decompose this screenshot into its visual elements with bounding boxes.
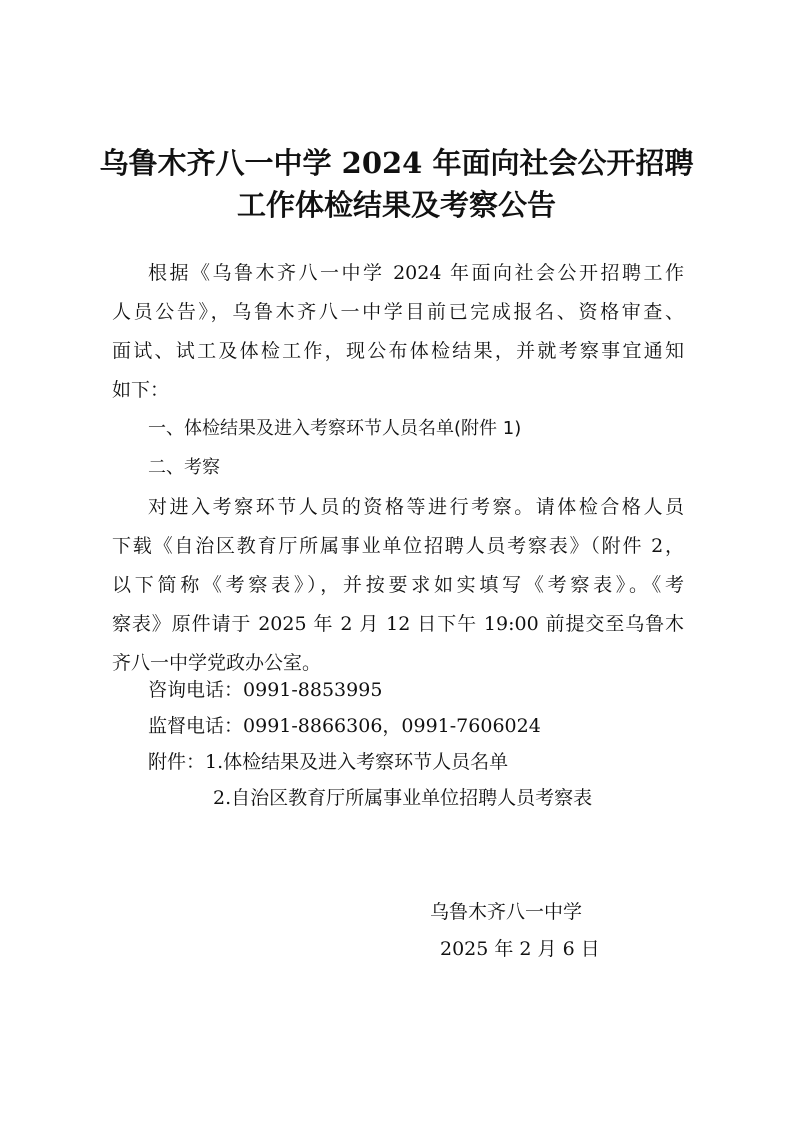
section-heading-2: 二、考察	[148, 453, 220, 483]
attachments-row: 附件：1.体检结果及进入考察环节人员名单	[148, 747, 508, 777]
signature-org: 乌鲁木齐八一中学	[430, 897, 582, 927]
consult-phone-label: 咨询电话：	[148, 679, 243, 701]
review-line-1: 对进入考察环节人员的资格等进行考察。请体检合格人员	[148, 492, 684, 522]
attachment-item-1: 1.体检结果及进入考察环节人员名单	[205, 751, 508, 773]
document-title-line1: 乌鲁木齐八一中学 2024 年面向社会公开招聘	[0, 143, 793, 183]
review-line-3: 以下简称《考察表》），并按要求如实填写《考察表》。《考	[112, 570, 684, 600]
document-title-line2: 工作体检结果及考察公告	[0, 185, 793, 225]
supervise-phone-value: 0991-8866306，0991-7606024	[243, 715, 541, 737]
intro-line-1: 根据《乌鲁木齐八一中学 2024 年面向社会公开招聘工作	[148, 258, 684, 288]
supervise-phone-row: 监督电话：0991-8866306，0991-7606024	[148, 711, 541, 741]
review-line-2: 下载《自治区教育厅所属事业单位招聘人员考察表》（附件 2，	[112, 531, 684, 561]
attachments-label: 附件：	[148, 751, 205, 773]
signature-date: 2025 年 2 月 6 日	[440, 934, 600, 964]
review-line-4: 察表》原件请于 2025 年 2 月 12 日下午 19:00 前提交至乌鲁木	[112, 609, 684, 639]
document-page: 乌鲁木齐八一中学 2024 年面向社会公开招聘 工作体检结果及考察公告 根据《乌…	[0, 0, 793, 1122]
section-heading-1: 一、体检结果及进入考察环节人员名单(附件 1)	[148, 414, 521, 444]
intro-line-2: 人员公告》，乌鲁木齐八一中学目前已完成报名、资格审查、	[112, 297, 684, 327]
intro-line-3: 面试、试工及体检工作，现公布体检结果，并就考察事宜通知	[112, 336, 684, 366]
supervise-phone-label: 监督电话：	[148, 715, 243, 737]
consult-phone-value: 0991-8853995	[243, 679, 382, 701]
intro-line-4: 如下：	[112, 375, 169, 405]
consult-phone-row: 咨询电话：0991-8853995	[148, 675, 382, 705]
review-line-5: 齐八一中学党政办公室。	[112, 648, 321, 678]
attachment-item-2: 2.自治区教育厅所属事业单位招聘人员考察表	[213, 783, 592, 813]
